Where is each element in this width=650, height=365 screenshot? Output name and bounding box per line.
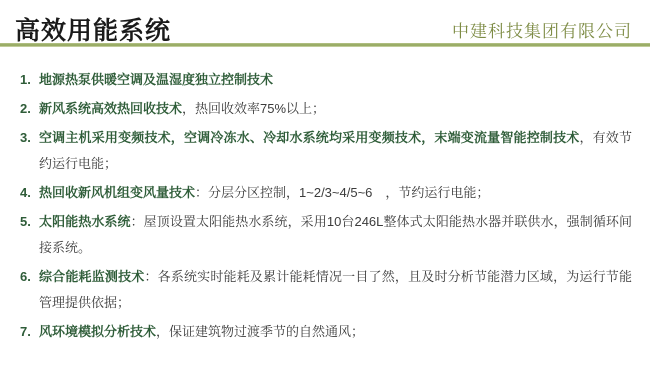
list-item: 1.地源热泵供暖空调及温湿度独立控制技术 — [20, 67, 632, 93]
item-number: 3. — [20, 125, 39, 177]
list-item: 3.空调主机采用变频技术，空调冷冻水、冷却水系统均采用变频技术，末端变流量智能控… — [20, 125, 632, 177]
item-number: 5. — [20, 209, 39, 261]
item-text: 地源热泵供暖空调及温湿度独立控制技术 — [39, 67, 632, 93]
item-text: 风环境模拟分析技术，保证建筑物过渡季节的自然通风； — [39, 319, 632, 345]
list-item: 2.新风系统高效热回收技术，热回收效率75%以上； — [20, 96, 632, 122]
item-keyword: 综合能耗监测技术 — [39, 269, 144, 284]
item-description: ，保证建筑物过渡季节的自然通风； — [156, 324, 364, 339]
item-keyword: 太阳能热水系统 — [39, 214, 131, 229]
feature-list: 1.地源热泵供暖空调及温湿度独立控制技术2.新风系统高效热回收技术，热回收效率7… — [0, 47, 650, 345]
item-keyword: 风环境模拟分析技术 — [39, 324, 156, 339]
item-keyword: 新风系统高效热回收技术 — [39, 101, 182, 116]
item-keyword: 地源热泵供暖空调及温湿度独立控制技术 — [39, 72, 273, 87]
item-text: 综合能耗监测技术：各系统实时能耗及累计能耗情况一目了然，且及时分析节能潜力区域，… — [39, 264, 632, 316]
item-text: 太阳能热水系统：屋顶设置太阳能热水系统，采用10台246L整体式太阳能热水器并联… — [39, 209, 632, 261]
item-number: 6. — [20, 264, 39, 316]
item-number: 2. — [20, 96, 39, 122]
item-text: 新风系统高效热回收技术，热回收效率75%以上； — [39, 96, 632, 122]
list-item: 4.热回收新风机组变风量技术：分层分区控制，1~2/3~4/5~6 ，节约运行电… — [20, 180, 632, 206]
page-title: 高效用能系统 — [15, 11, 171, 47]
company-name: 中建科技集团有限公司 — [452, 17, 632, 42]
item-keyword: 热回收新风机组变风量技术 — [39, 185, 195, 200]
header: 高效用能系统 中建科技集团有限公司 — [0, 0, 650, 43]
list-item: 7.风环境模拟分析技术，保证建筑物过渡季节的自然通风； — [20, 319, 632, 345]
list-item: 6.综合能耗监测技术：各系统实时能耗及累计能耗情况一目了然，且及时分析节能潜力区… — [20, 264, 632, 316]
item-description: ，热回收效率75%以上； — [182, 101, 325, 116]
item-number: 4. — [20, 180, 39, 206]
item-text: 热回收新风机组变风量技术：分层分区控制，1~2/3~4/5~6 ，节约运行电能； — [39, 180, 632, 206]
item-text: 空调主机采用变频技术，空调冷冻水、冷却水系统均采用变频技术，末端变流量智能控制技… — [39, 125, 632, 177]
item-number: 7. — [20, 319, 39, 345]
item-description: ：分层分区控制，1~2/3~4/5~6 ，节约运行电能； — [195, 185, 489, 200]
item-keyword: 空调主机采用变频技术，空调冷冻水、冷却水系统均采用变频技术，末端变流量智能控制技… — [39, 130, 579, 145]
slide: 高效用能系统 中建科技集团有限公司 1.地源热泵供暖空调及温湿度独立控制技术2.… — [0, 0, 650, 365]
item-number: 1. — [20, 67, 39, 93]
list-item: 5.太阳能热水系统：屋顶设置太阳能热水系统，采用10台246L整体式太阳能热水器… — [20, 209, 632, 261]
